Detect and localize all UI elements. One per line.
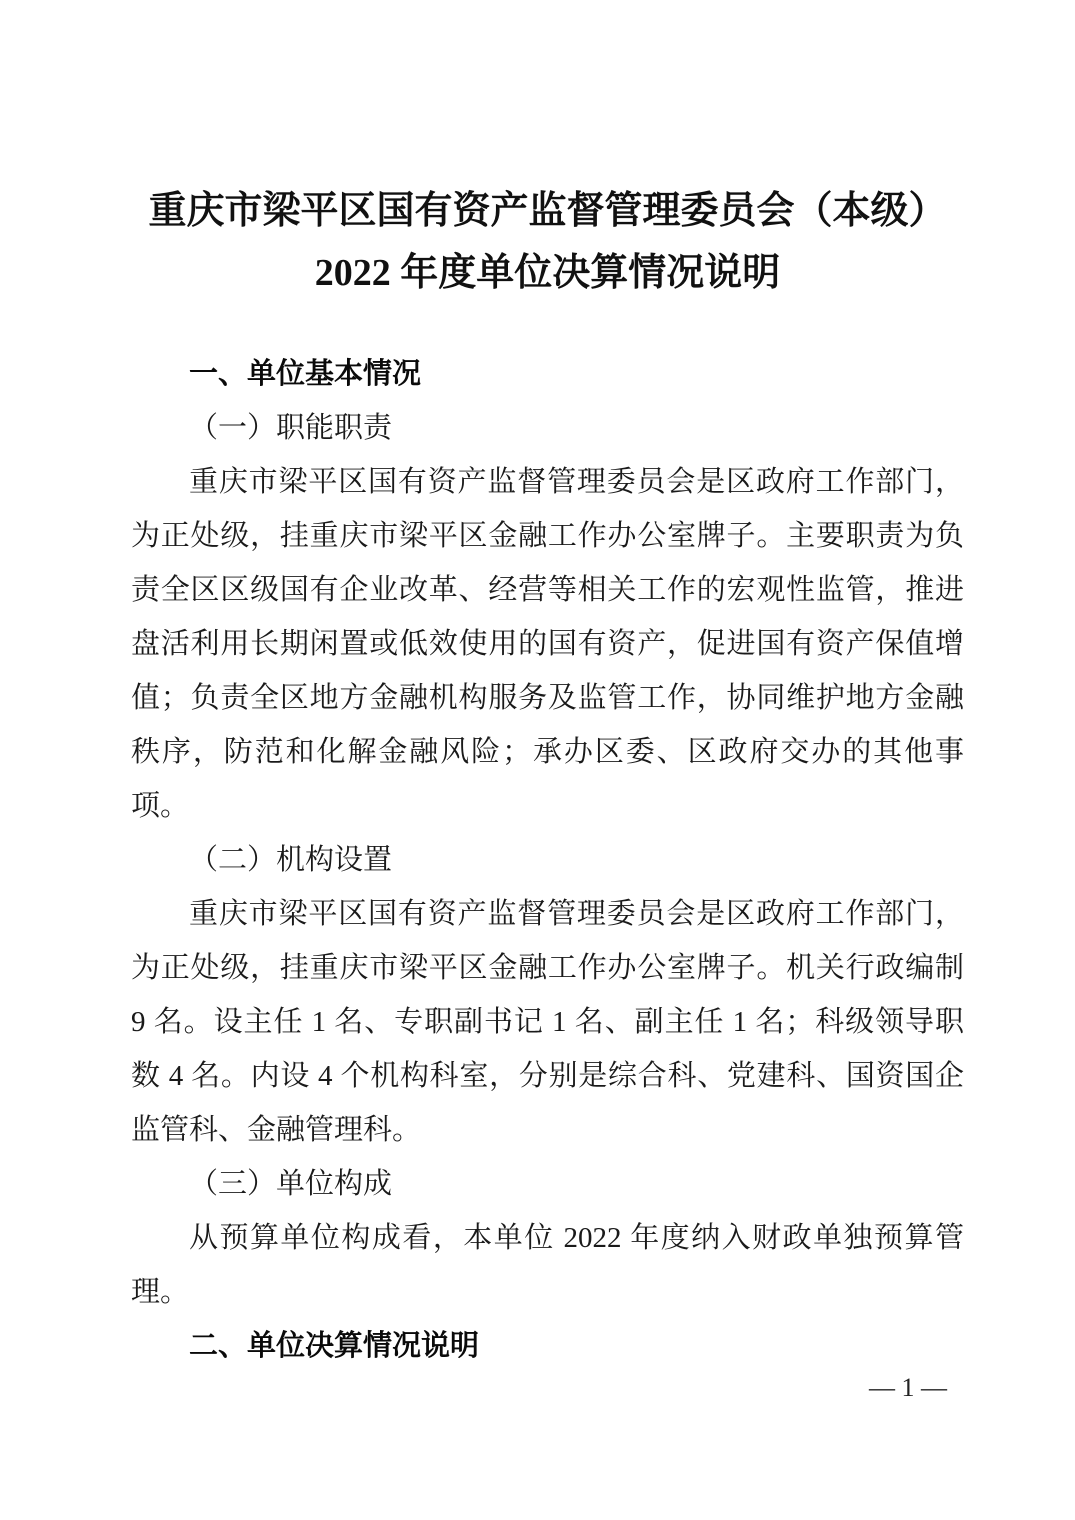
document-title: 重庆市梁平区国有资产监督管理委员会（本级） 2022 年度单位决算情况说明 <box>131 180 964 304</box>
subsection-heading-unit-composition: （三）单位构成 <box>131 1157 964 1211</box>
subsection-heading-duties: （一）职能职责 <box>131 401 964 455</box>
paragraph-duties: 重庆市梁平区国有资产监督管理委员会是区政府工作部门，为正处级，挂重庆市梁平区金融… <box>131 455 964 833</box>
paragraph-organization: 重庆市梁平区国有资产监督管理委员会是区政府工作部门，为正处级，挂重庆市梁平区金融… <box>131 887 964 1157</box>
document-title-line1: 重庆市梁平区国有资产监督管理委员会（本级） <box>131 180 964 242</box>
document-title-line2: 2022 年度单位决算情况说明 <box>131 242 964 304</box>
subsection-heading-organization: （二）机构设置 <box>131 833 964 887</box>
paragraph-unit-composition: 从预算单位构成看，本单位 2022 年度纳入财政单独预算管理。 <box>131 1211 964 1319</box>
document-page: 重庆市梁平区国有资产监督管理委员会（本级） 2022 年度单位决算情况说明 一、… <box>0 0 1075 1520</box>
section-heading-final-accounts: 二、单位决算情况说明 <box>131 1319 964 1373</box>
page-number: — 1 — <box>869 1372 947 1404</box>
document-body: 一、单位基本情况 （一）职能职责 重庆市梁平区国有资产监督管理委员会是区政府工作… <box>131 347 964 1373</box>
section-heading-basic-info: 一、单位基本情况 <box>131 347 964 401</box>
